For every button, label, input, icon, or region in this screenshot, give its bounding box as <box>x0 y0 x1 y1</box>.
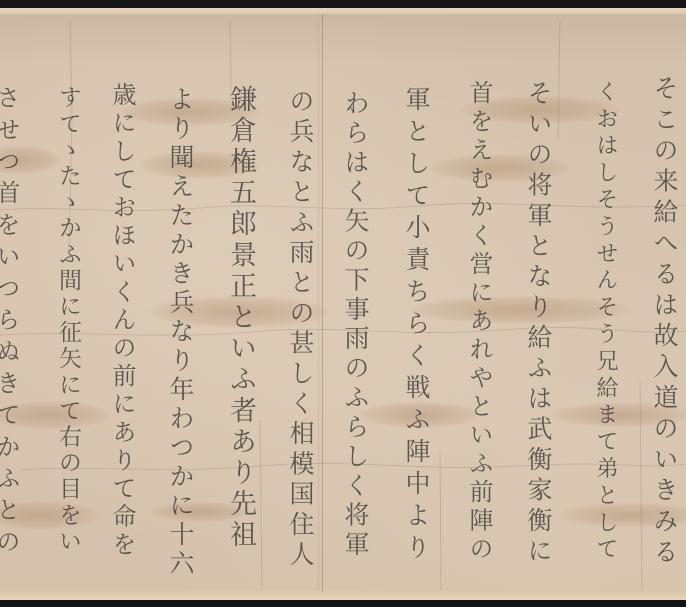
paper-edge-top <box>0 8 686 14</box>
text-column-8: 鎌倉権五郎景正といふ者あり先祖 <box>222 85 254 557</box>
text-column-3: そいの将軍となり給ふは武衡家衡に <box>519 80 551 575</box>
sheet-seam <box>322 8 323 600</box>
sheet-seam <box>318 8 319 600</box>
text-column-1: そこの来給へるは故入道のいきみる <box>645 75 677 575</box>
text-column-7: の兵なとふ雨との甚しく相模国住人 <box>281 88 313 578</box>
text-column-10: 歳にしておほいくんの前にありて命を <box>102 82 134 565</box>
text-column-6: わらはく矢の下事雨のふらしく将軍 <box>336 90 368 565</box>
text-column-11: すてゝたゝかふ間に征矢にて右の目をい <box>47 85 79 560</box>
text-column-2: くおはしそうせんそう兄給まて弟として <box>584 80 616 570</box>
handscroll-page: そこの来給へるは故入道のいきみる くおはしそうせんそう兄給まて弟として そいの将… <box>0 0 686 607</box>
text-column-12-partial: させつ首をいつらぬきてかふとの <box>0 85 18 565</box>
text-column-4: 首をえむかく営にあれやといふ前陣の <box>459 80 491 570</box>
text-column-9: より聞えたかき兵なり年わつかに十六 <box>161 86 193 584</box>
mount-border-top <box>0 0 686 8</box>
text-column-5: 軍として小責ちらく戦ふ陣中より <box>397 86 429 571</box>
mount-border-bottom <box>0 600 686 607</box>
paper-edge-bottom <box>0 591 686 600</box>
